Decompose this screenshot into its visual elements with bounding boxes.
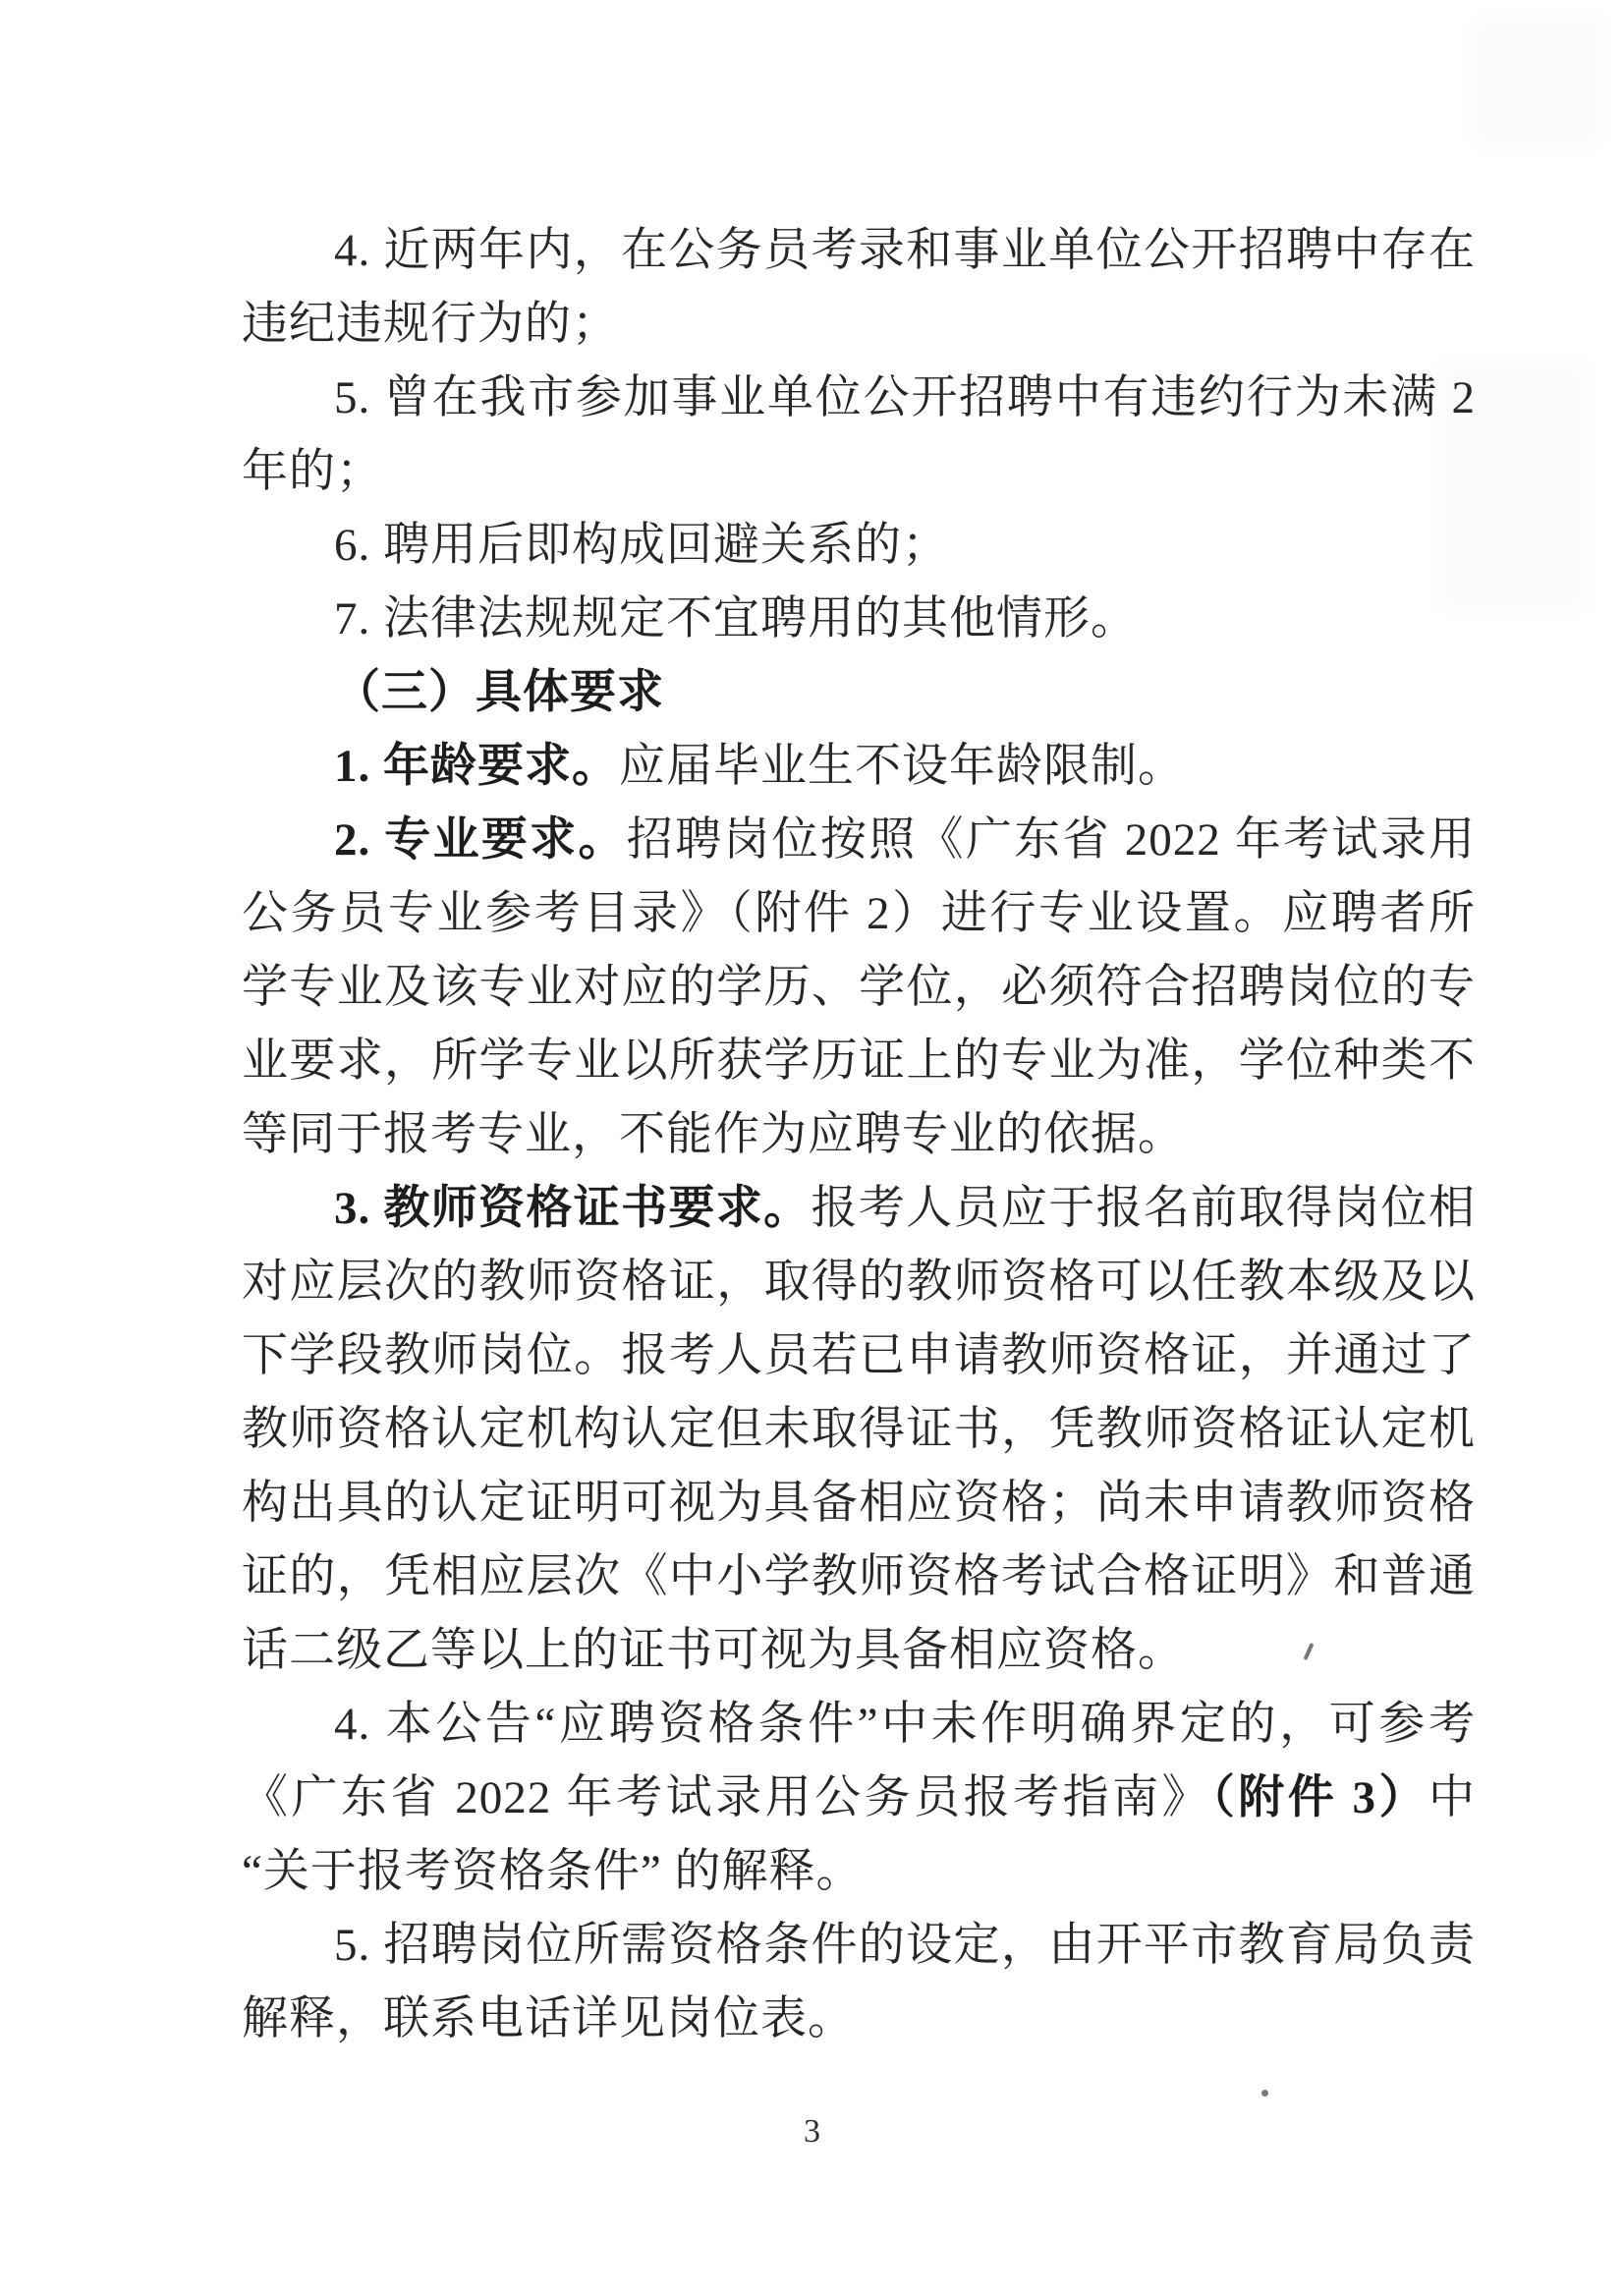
document-body-text: 4. 近两年内，在公务员考录和事业单位公开招聘中存在违纪违规行为的； 5. 曾在… (242, 214, 1476, 2056)
clause-item-5-text: 5. 曾在我市参加事业单位公开招聘中有违约行为未满 2 年的； (242, 372, 1476, 497)
page-number: 3 (0, 2112, 1624, 2152)
requirement-teacher-cert-lead: 3. 教师资格证书要求。 (334, 1183, 811, 1234)
requirement-major-lead: 2. 专业要求。 (334, 814, 627, 866)
section-heading-specific-requirements: （三）具体要求 (242, 656, 1476, 730)
section-heading-text: （三）具体要求 (334, 667, 664, 718)
scan-artifact-dot (1261, 2090, 1268, 2097)
requirement-teacher-cert-body: 报考人员应于报名前取得岗位相对应层次的教师资格证，取得的教师资格可以任教本级及以… (242, 1183, 1476, 1676)
requirement-contact-note: 5. 招聘岗位所需资格条件的设定，由开平市教育局负责解释，联系电话详见岗位表。 (242, 1909, 1476, 2056)
document-page: 4. 近两年内，在公务员考录和事业单位公开招聘中存在违纪违规行为的； 5. 曾在… (0, 0, 1624, 2295)
requirement-teacher-cert: 3. 教师资格证书要求。报考人员应于报名前取得岗位相对应层次的教师资格证，取得的… (242, 1172, 1476, 1688)
requirement-reference-note: 4. 本公告“应聘资格条件”中未作明确界定的，可参考《广东省 2022 年考试录… (242, 1688, 1476, 1909)
requirement-contact-body: 5. 招聘岗位所需资格条件的设定，由开平市教育局负责解释，联系电话详见岗位表。 (242, 1920, 1476, 2044)
requirement-age: 1. 年龄要求。应届毕业生不设年龄限制。 (242, 730, 1476, 804)
scan-artifact-watermark-top (1474, 18, 1601, 145)
requirement-major: 2. 专业要求。招聘岗位按照《广东省 2022 年考试录用公务员专业参考目录》（… (242, 804, 1476, 1172)
requirement-age-body: 应届毕业生不设年龄限制。 (619, 741, 1185, 792)
clause-item-5: 5. 曾在我市参加事业单位公开招聘中有违约行为未满 2 年的； (242, 362, 1476, 509)
clause-item-4: 4. 近两年内，在公务员考录和事业单位公开招聘中存在违纪违规行为的； (242, 214, 1476, 362)
clause-item-6-text: 6. 聘用后即构成回避关系的； (334, 520, 949, 571)
requirement-major-body: 招聘岗位按照《广东省 2022 年考试录用公务员专业参考目录》（附件 2）进行专… (242, 814, 1476, 1160)
clause-item-4-text: 4. 近两年内，在公务员考录和事业单位公开招聘中存在违纪违规行为的； (242, 225, 1476, 350)
clause-item-7: 7. 法律法规规定不宜聘用的其他情形。 (242, 583, 1476, 656)
clause-item-6: 6. 聘用后即构成回避关系的； (242, 509, 1476, 583)
requirement-age-lead: 1. 年龄要求。 (334, 741, 619, 792)
requirement-reference-attachment: （附件 3） (1211, 1772, 1428, 1823)
clause-item-7-text: 7. 法律法规规定不宜聘用的其他情形。 (334, 593, 1138, 644)
